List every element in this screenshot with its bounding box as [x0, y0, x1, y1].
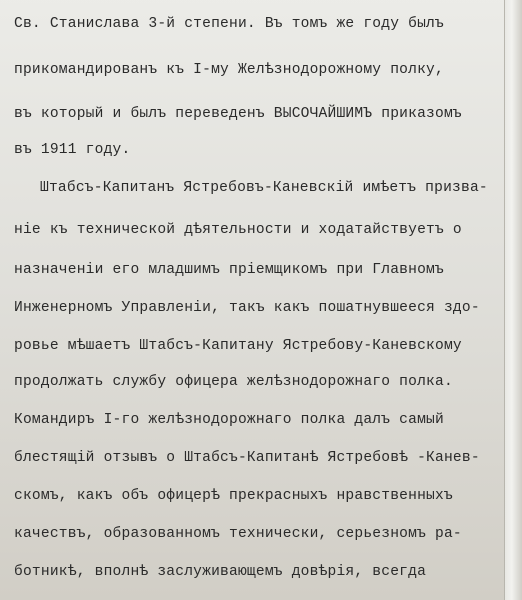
- text-line: Командиръ I-го желѣзнодорожнаго полка да…: [14, 412, 444, 428]
- text-line: ровье мѣшаетъ Штабсъ-Капитану Ястребову-…: [14, 338, 462, 354]
- text-line: назначенiи его младшимъ прiемщикомъ при …: [14, 262, 444, 278]
- text-line: прикомандированъ къ I-му Желѣзнодорожном…: [14, 62, 444, 78]
- text-line: продолжать службу офицера желѣзнодорожна…: [14, 374, 453, 390]
- text-line: ботникѣ, вполнѣ заслуживающемъ довѣрiя, …: [14, 564, 426, 580]
- text-line: въ который и былъ переведенъ ВЫСОЧАЙШИМЪ…: [14, 106, 462, 122]
- text-line: Св. Станислава 3-й степени. Въ томъ же г…: [14, 16, 444, 32]
- text-line: скомъ, какъ объ офицерѣ прекрасныхъ нрав…: [14, 488, 453, 504]
- text-line: качествъ, образованномъ технически, серь…: [14, 526, 462, 542]
- text-line: въ 1911 году.: [14, 142, 130, 158]
- text-line: нiе къ технической дѣятельности и ходата…: [14, 222, 462, 238]
- text-line: Штабсъ-Капитанъ Ястребовъ-Каневскiй имѣе…: [40, 180, 488, 196]
- text-line: Инженерномъ Управленiи, такъ какъ пошатн…: [14, 300, 480, 316]
- paper-edge: [504, 0, 522, 600]
- text-line: блестящiй отзывъ о Штабсъ-Капитанѣ Ястре…: [14, 450, 480, 466]
- document-page: Св. Станислава 3-й степени. Въ томъ же г…: [0, 0, 505, 600]
